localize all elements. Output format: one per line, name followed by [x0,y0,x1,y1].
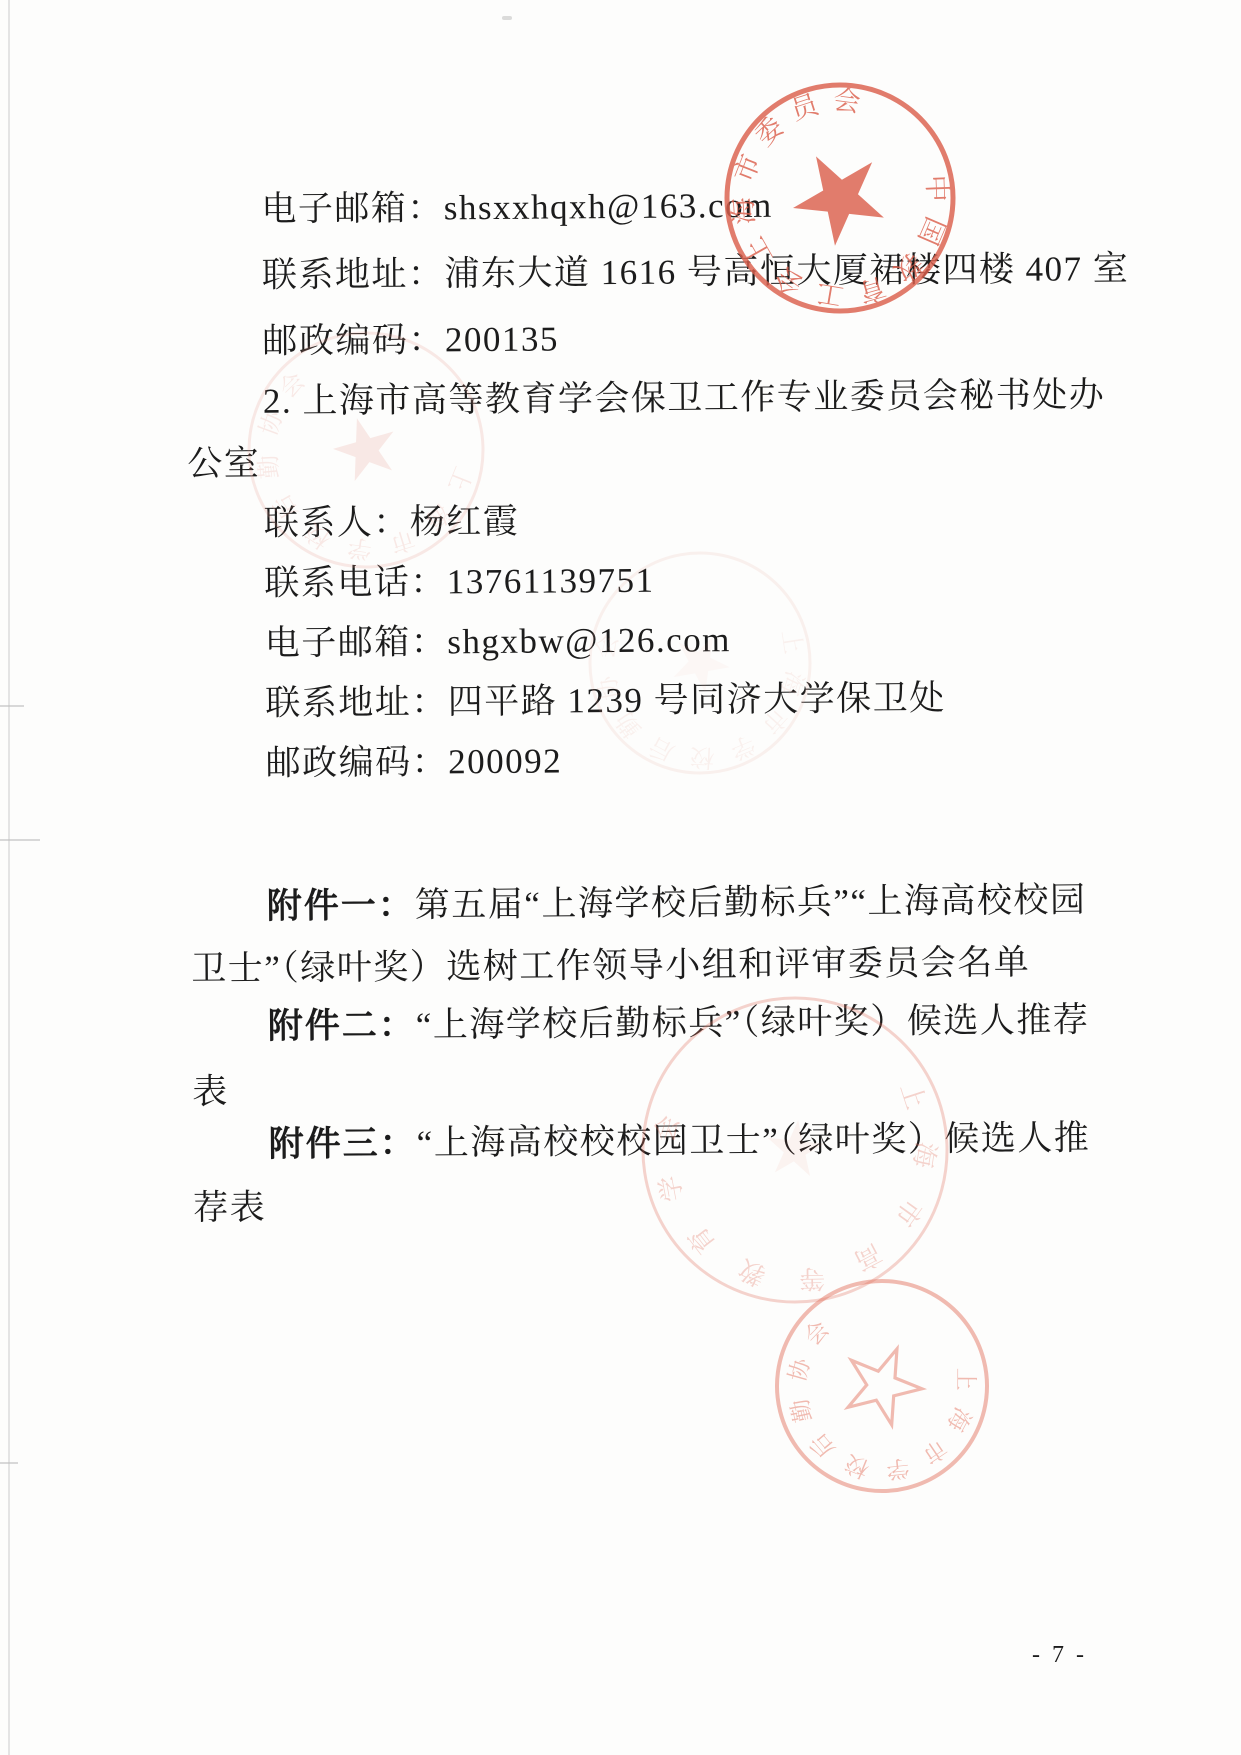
contact2-email-line: 电子邮箱：shgxbw@126.com [265,619,731,665]
scan-artifact-line [0,1462,18,1464]
attachment1-line: 附件一：第五届“上海学校后勤标兵”“上海高校校园 [267,879,1087,927]
scan-artifact-line [0,705,24,707]
contact1-postcode-line: 邮政编码：200135 [262,318,559,362]
document-text-block: 电子邮箱：shsxxhqxh@163.com 联系地址：浦东大道 1616 号高… [0,0,1241,1755]
attachment2-line: 附件二：“上海学校后勤标兵”（绿叶奖）候选人推荐 [268,999,1090,1047]
contact2-address-line: 联系地址：四平路 1239 号同济大学保卫处 [265,677,946,724]
scanned-document-page: 电子邮箱：shsxxhqxh@163.com 联系地址：浦东大道 1616 号高… [0,0,1241,1755]
contact1-email-line: 电子邮箱：shsxxhqxh@163.com [261,185,773,231]
scan-edge-line [8,0,10,1755]
contact2-person-line: 联系人：杨红霞 [264,501,520,545]
contact1-address-line: 联系地址：浦东大道 1616 号高恒大厦裙楼四楼 407 室 [262,248,1130,297]
attachment3-line: 附件三：“上海高校校校园卫士”（绿叶奖）候选人推 [269,1117,1091,1165]
page-number: - 7 - [1032,1642,1087,1669]
scan-artifact-line [0,839,40,841]
org2-title-line: 2. 上海市高等教育学会保卫工作专业委员会秘书处办 [263,374,1106,423]
contact2-postcode-line: 邮政编码：200092 [266,740,563,784]
contact2-phone-line: 联系电话：13761139751 [264,560,655,605]
org2-title-wrap-line: 公室 [187,443,260,486]
attachment1-wrap-line: 卫士”（绿叶奖）选树工作领导小组和评审委员会名单 [191,942,1030,991]
attachment3-wrap-line: 荐表 [193,1187,266,1230]
attachment2-wrap-line: 表 [192,1071,229,1113]
scan-smudge [502,16,512,20]
